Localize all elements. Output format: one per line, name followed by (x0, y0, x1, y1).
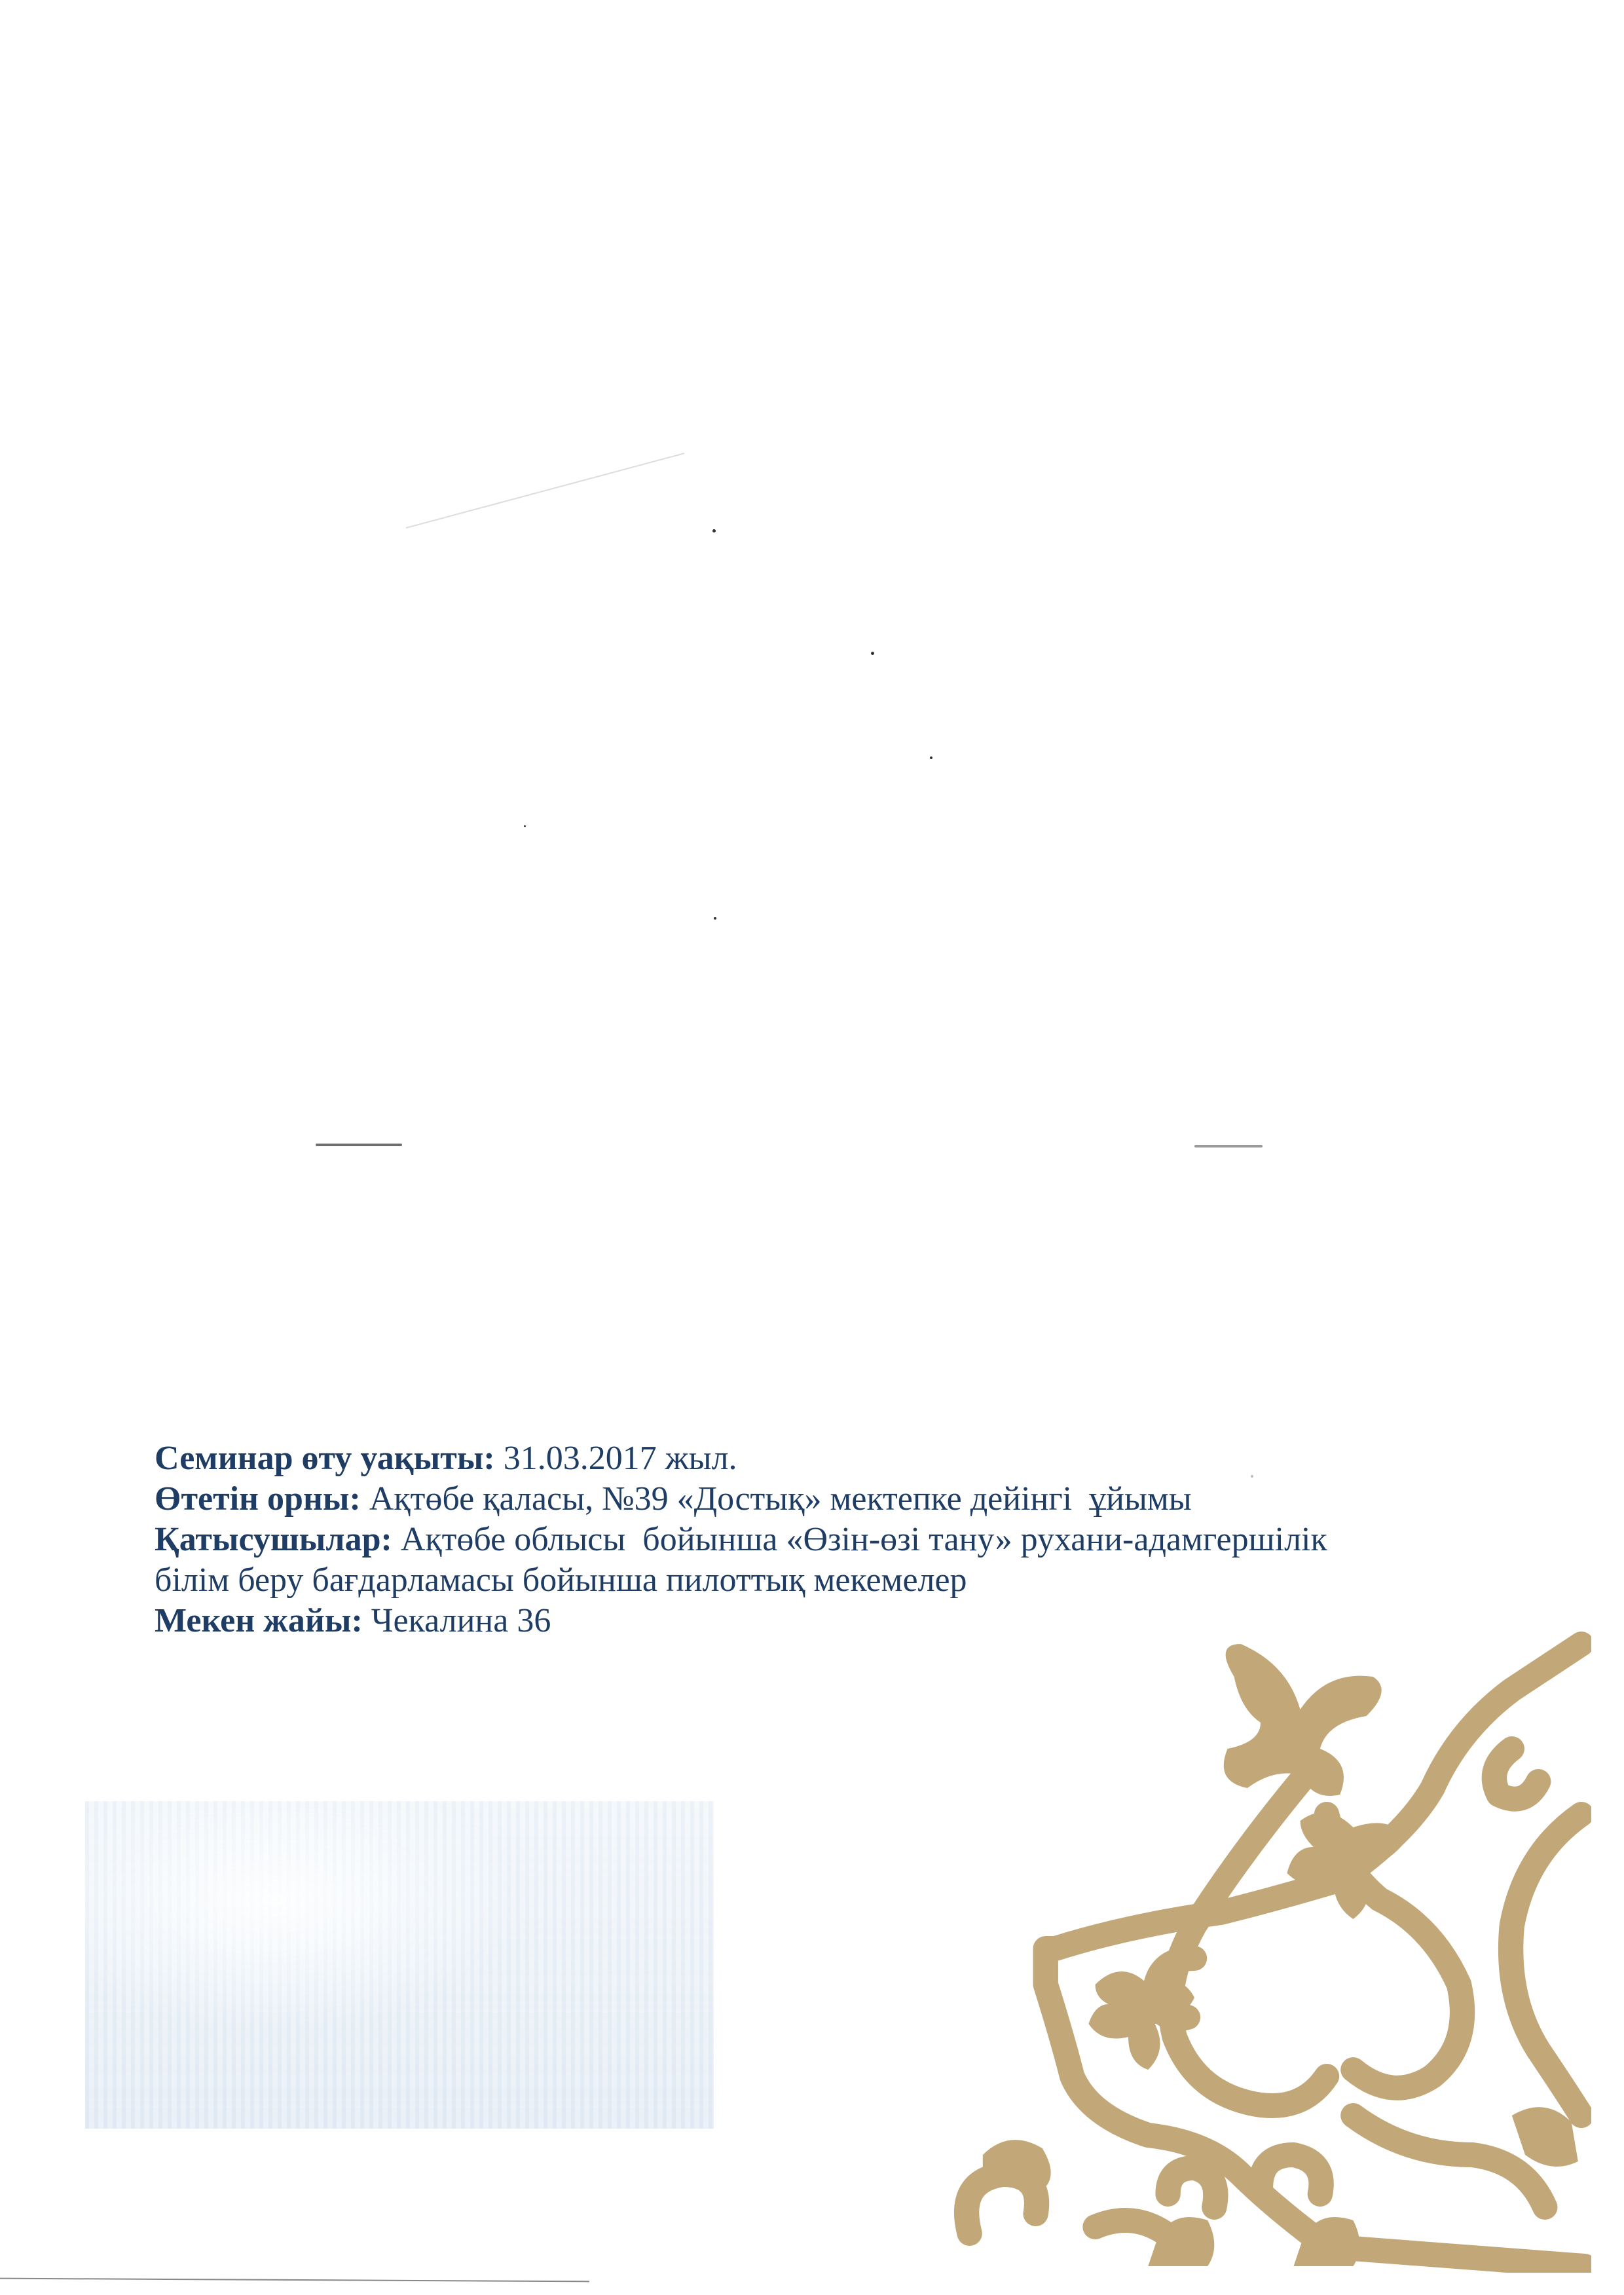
scan-speck (930, 756, 932, 759)
scan-artifact (406, 453, 685, 529)
scan-speck (714, 917, 716, 920)
scan-speck (524, 825, 526, 827)
seminar-address-label: Мекен жайы: (155, 1602, 363, 1639)
seminar-participants-label: Қатысушылар: (155, 1521, 392, 1558)
scan-edge-line (0, 2278, 589, 2283)
seminar-info-block: Семинар өту уақыты: 31.03.2017 жыл. Өтет… (155, 1438, 1562, 1641)
document-page: Семинар өту уақыты: 31.03.2017 жыл. Өтет… (0, 0, 1624, 2295)
seminar-participants-line: Қатысушылар: Ақтөбе облысы бойынша «Өзін… (155, 1520, 1562, 1560)
seminar-date-label: Семинар өту уақыты: (155, 1440, 495, 1477)
bleed-through-photo (85, 1801, 714, 2129)
seminar-date-line: Семинар өту уақыты: 31.03.2017 жыл. (155, 1438, 1562, 1479)
seminar-venue-line: Өтетін орны: Ақтөбе қаласы, №39 «Достық»… (155, 1479, 1562, 1520)
scan-line (1194, 1145, 1263, 1147)
seminar-venue-label: Өтетін орны: (155, 1480, 361, 1518)
scan-speck (871, 652, 874, 655)
seminar-participants-value: Ақтөбе облысы бойынша «Өзін-өзі тану» ру… (392, 1521, 1327, 1558)
kazakh-ornament-icon (930, 1618, 1591, 2273)
scan-line (316, 1144, 402, 1146)
seminar-venue-value: Ақтөбе қаласы, №39 «Достық» мектепке дей… (361, 1480, 1192, 1518)
seminar-participants-value-2: білім беру бағдарламасы бойынша пилоттық… (155, 1561, 967, 1599)
scan-speck (712, 529, 716, 532)
seminar-address-value: Чекалина 36 (363, 1602, 551, 1639)
seminar-participants-continued: білім беру бағдарламасы бойынша пилоттық… (155, 1560, 1562, 1601)
seminar-date-value: 31.03.2017 жыл. (495, 1440, 737, 1477)
